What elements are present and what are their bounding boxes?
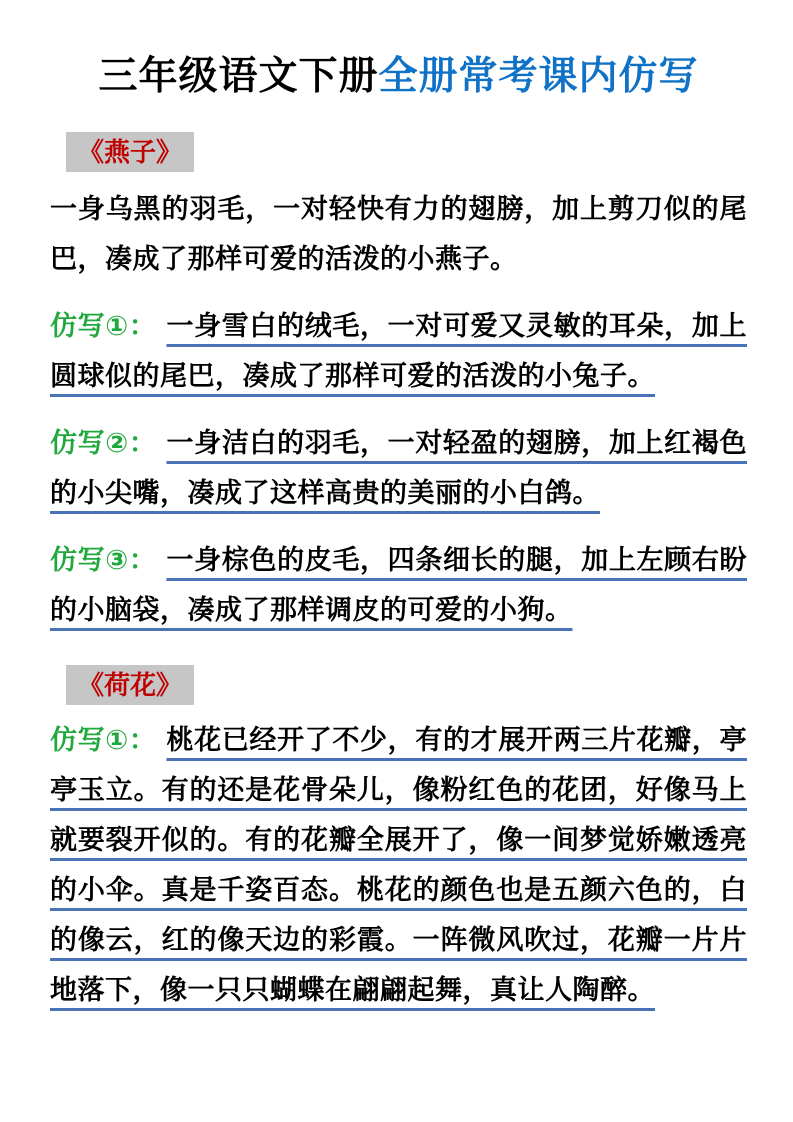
- section-lotus: 《荷花》 仿写①：桃花已经开了不少，有的才展开两三片花瓣，亭亭玉立。有的还是花骨…: [50, 665, 747, 1015]
- imitation-label-3: 仿写③：: [50, 545, 156, 575]
- section-header-swallow: 《燕子》: [66, 132, 194, 172]
- imitation-paragraph-3: 仿写③：一身棕色的皮毛，四条细长的腿，加上左顾右盼的小脑袋，凑成了那样调皮的可爱…: [50, 535, 747, 635]
- page-title: 三年级语文下册全册常考课内仿写: [50, 54, 747, 100]
- original-passage-swallow: 一身乌黑的羽毛，一对轻快有力的翅膀，加上剪刀似的尾巴，凑成了那样可爱的活泼的小燕…: [50, 184, 747, 284]
- imitation-paragraph-lotus-1: 仿写①：桃花已经开了不少，有的才展开两三片花瓣，亭亭玉立。有的还是花骨朵儿，像粉…: [50, 715, 747, 1015]
- section-swallow: 《燕子》 一身乌黑的羽毛，一对轻快有力的翅膀，加上剪刀似的尾巴，凑成了那样可爱的…: [50, 132, 747, 635]
- imitation-paragraph-2: 仿写②：一身洁白的羽毛，一对轻盈的翅膀，加上红褐色的小尖嘴，凑成了这样高贵的美丽…: [50, 418, 747, 518]
- imitation-text-lotus-1: 桃花已经开了不少，有的才展开两三片花瓣，亭亭玉立。有的还是花骨朵儿，像粉红色的花…: [50, 725, 747, 1005]
- imitation-label-2: 仿写②：: [50, 428, 156, 458]
- title-black-part: 三年级语文下册: [98, 55, 378, 98]
- worksheet-page: 三年级语文下册全册常考课内仿写 《燕子》 一身乌黑的羽毛，一对轻快有力的翅膀，加…: [0, 0, 793, 1122]
- title-blue-part: 全册常考课内仿写: [379, 55, 699, 98]
- imitation-paragraph-1: 仿写①：一身雪白的绒毛，一对可爱又灵敏的耳朵，加上圆球似的尾巴，凑成了那样可爱的…: [50, 301, 747, 401]
- imitation-label-1: 仿写①：: [50, 311, 156, 341]
- section-header-lotus: 《荷花》: [66, 665, 194, 705]
- imitation-label-lotus-1: 仿写①：: [50, 725, 156, 755]
